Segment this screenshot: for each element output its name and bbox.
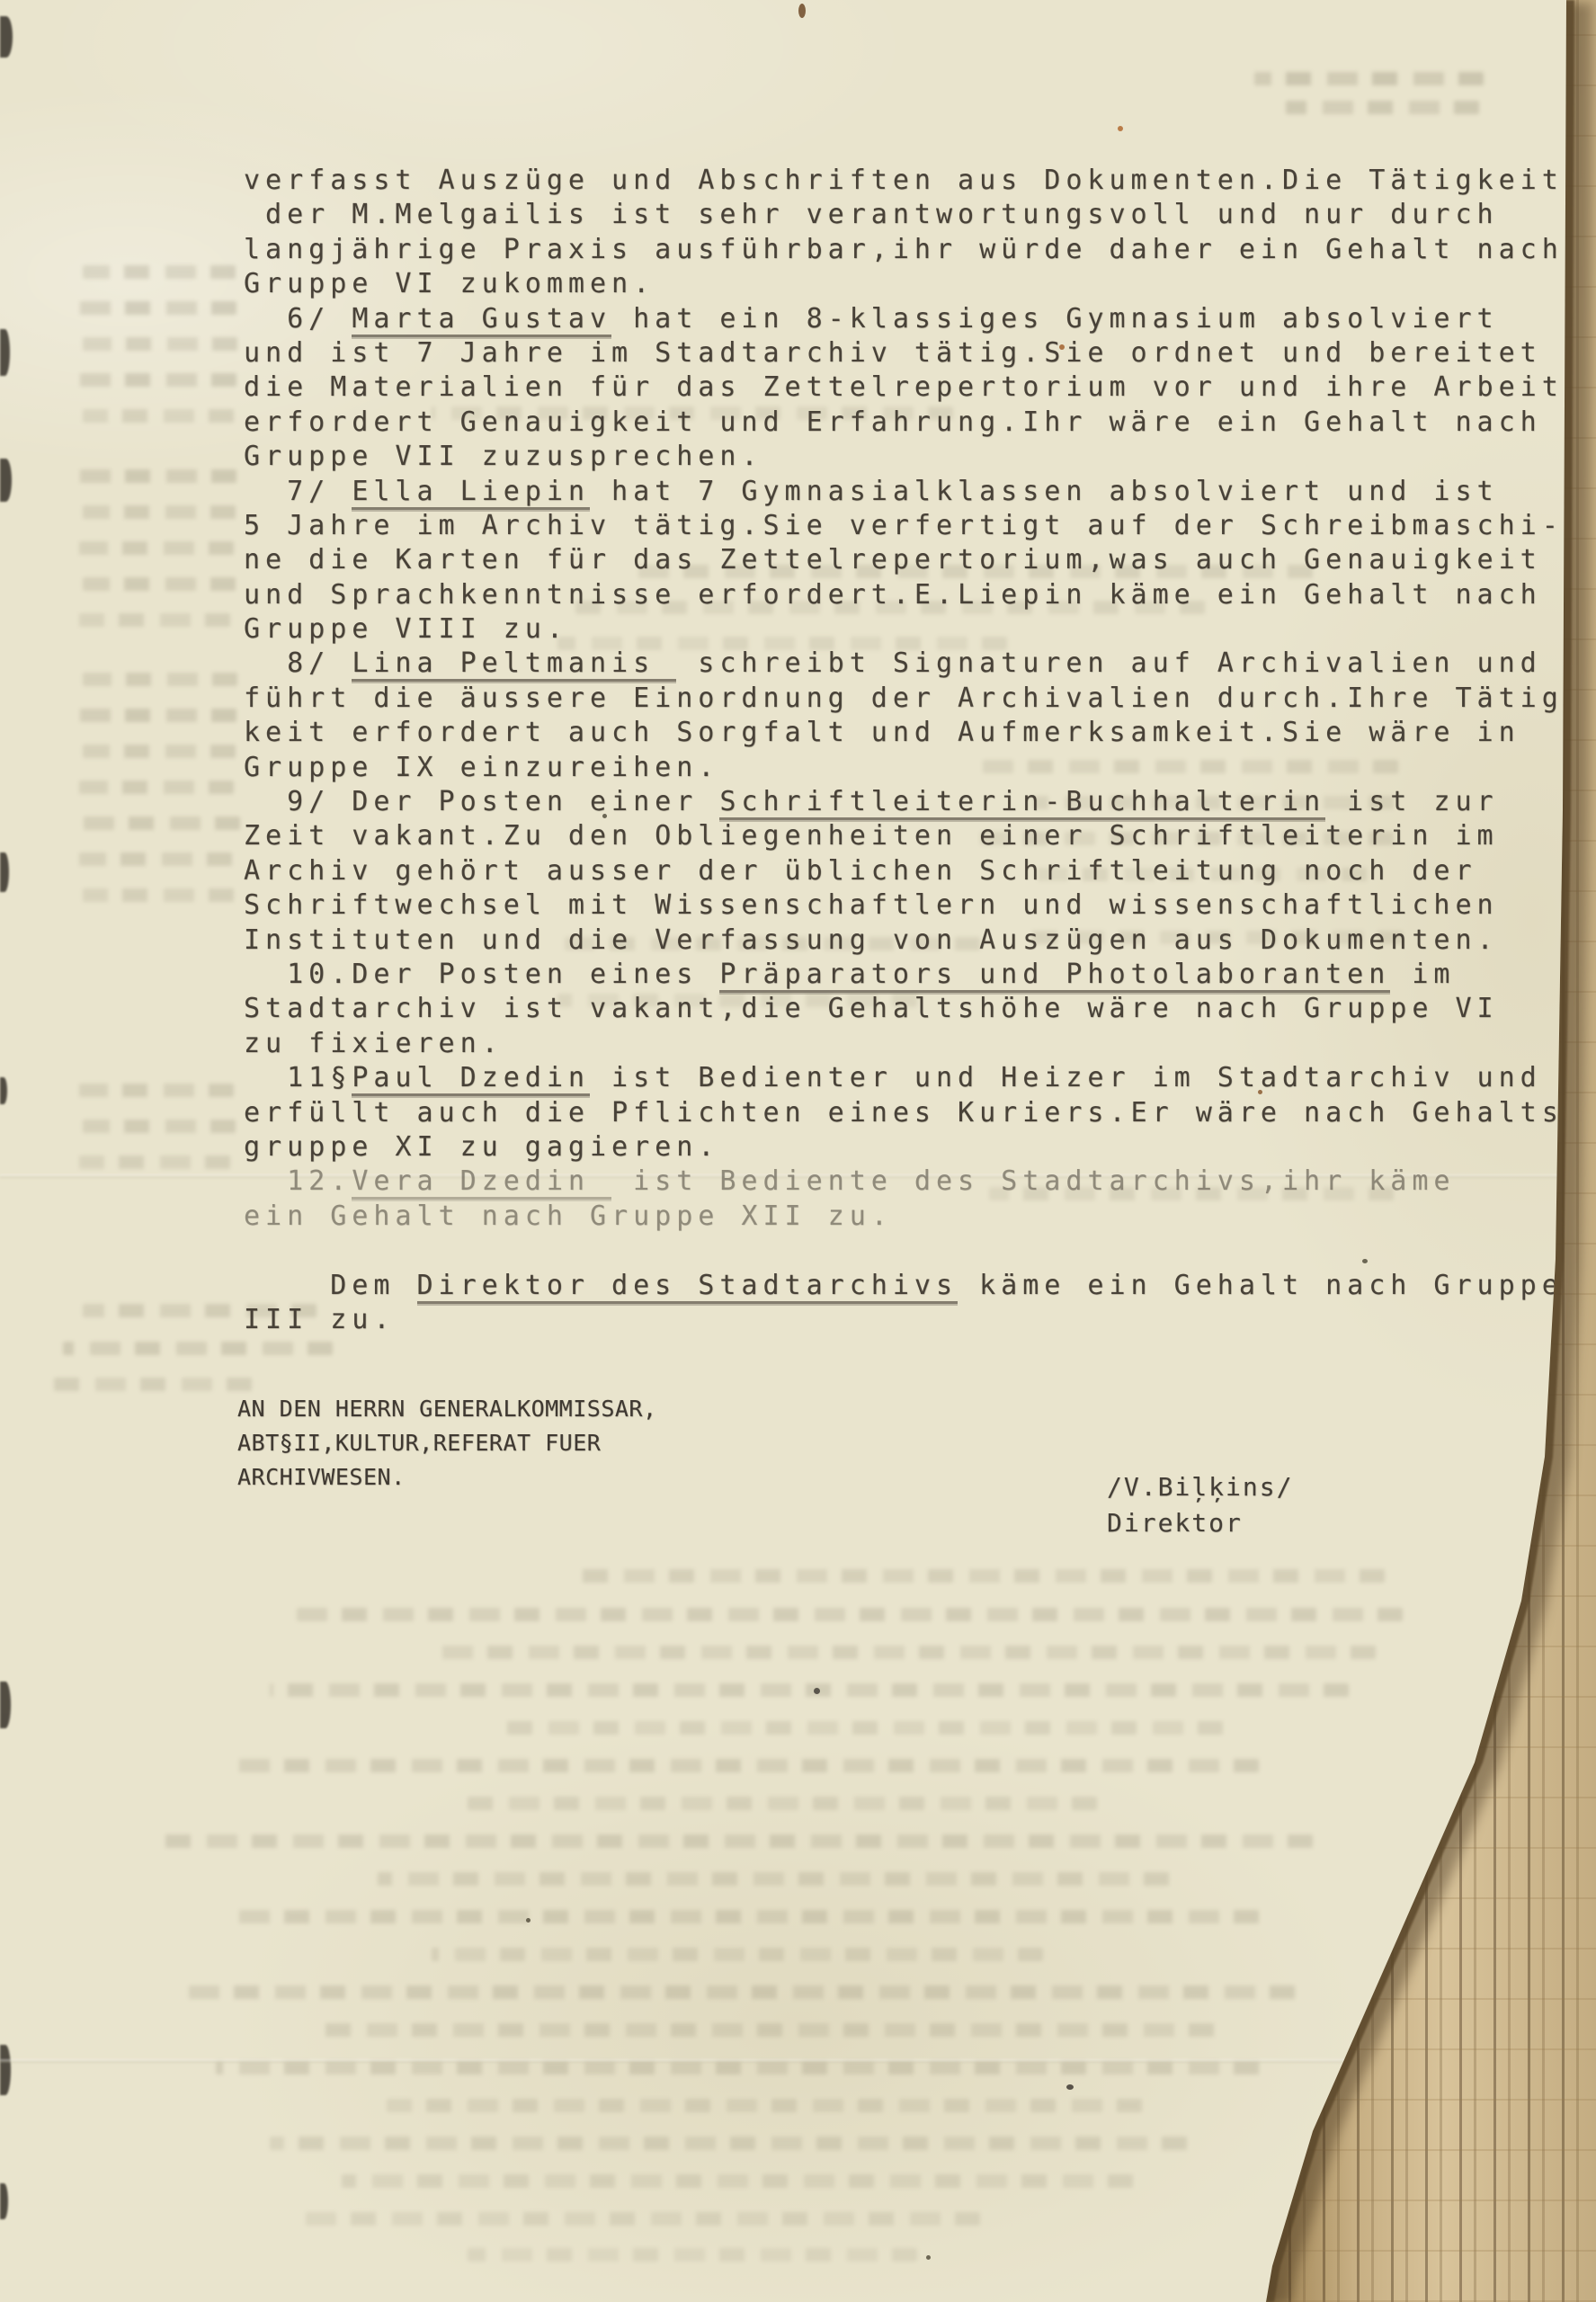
text-run: Gruppe VI zukommen. — [244, 268, 655, 299]
ghost-text-line — [216, 2061, 1259, 2074]
text-run: keit erfordert auch Sorgfalt und Aufmerk… — [244, 717, 1520, 748]
text-run: erfordert Genauigkeit und Erfahrung.Ihr … — [244, 406, 1542, 438]
text-run: 8/ — [244, 647, 352, 679]
document-line: Gruppe IX einzureihen. — [244, 751, 1596, 785]
text-run: erfüllt auch die Pflichten eines Kuriers… — [244, 1097, 1585, 1129]
text-run: 5 Jahre im Archiv tätig.Sie verfertigt a… — [244, 510, 1564, 541]
text-run: verfasst Auszüge und Abschriften aus Dok… — [244, 165, 1564, 196]
text-run: langjährige Praxis ausführbar,ihr würde … — [244, 234, 1564, 265]
text-run: 6/ — [244, 303, 352, 335]
text-run: 10.Der Posten eines — [244, 959, 719, 990]
document-line — [244, 1234, 1596, 1268]
document-line: 11§Paul Dzedin ist Bedienter und Heizer … — [244, 1061, 1596, 1095]
document-line: führt die äussere Einordnung der Archiva… — [244, 682, 1596, 716]
text-run: im — [1390, 959, 1455, 990]
text-run: Dem — [244, 1270, 417, 1301]
ghost-text-line — [270, 1683, 1349, 1697]
document-line: die Materialien für das Zettelrepertoriu… — [244, 370, 1596, 405]
address-line: ABT§II,KULTUR,REFERAT FUER — [237, 1426, 657, 1460]
signature-name: /V.Biļķins/ — [1107, 1469, 1293, 1505]
document-line: Schriftwechsel mit Wissenschaftlern und … — [244, 888, 1596, 923]
text-run: Gruppe VII zuzusprechen. — [244, 441, 762, 472]
text-run: käme ein Gehalt nach Gruppe — [958, 1270, 1564, 1301]
document-line: erfordert Genauigkeit und Erfahrung.Ihr … — [244, 406, 1596, 440]
text-run: zu fixieren. — [244, 1028, 504, 1059]
recipient-address-block: AN DEN HERRN GENERALKOMMISSAR, ABT§II,KU… — [237, 1392, 657, 1495]
ghost-text-line — [297, 2212, 980, 2226]
text-run: III zu. — [244, 1304, 395, 1335]
ghost-text-line — [83, 265, 236, 279]
ghost-text-line — [79, 541, 234, 555]
ghost-text-line — [432, 1646, 1376, 1659]
ink-speck — [798, 4, 806, 18]
ghost-text-line — [83, 337, 237, 351]
text-run: hat ein 8-klassiges Gymnasium absolviert — [611, 303, 1499, 335]
document-line: Gruppe VI zukommen. — [244, 267, 1596, 301]
page-sheet: verfasst Auszüge und Abschriften aus Dok… — [0, 0, 1596, 2302]
edge-mark — [0, 852, 9, 892]
ghost-text-line — [378, 1872, 1169, 1886]
text-run: Zeit vakant.Zu den Obliegenheiten einer … — [244, 820, 1499, 852]
document-line: langjährige Praxis ausführbar,ihr würde … — [244, 233, 1596, 267]
text-run: schreibt Signaturen auf Archivalien und — [676, 647, 1541, 679]
document-line: Gruppe VII zuzusprechen. — [244, 440, 1596, 474]
page-sheet-shadow: verfasst Auszüge und Abschriften aus Dok… — [0, 0, 1596, 2302]
ghost-text-line — [83, 745, 236, 758]
edge-mark — [0, 1077, 7, 1104]
ink-speck — [814, 1688, 820, 1694]
document-line: 9/ Der Posten einer Schriftleiterin-Buch… — [244, 785, 1596, 819]
document-line: Gruppe VIII zu. — [244, 612, 1596, 647]
edge-mark — [0, 1682, 11, 1728]
document-line: zu fixieren. — [244, 1027, 1596, 1061]
ghost-text-line — [468, 2248, 917, 2262]
ghost-text-line — [1286, 101, 1479, 114]
ghost-text-line — [83, 673, 237, 686]
document-line: 5 Jahre im Archiv tätig.Sie verfertigt a… — [244, 509, 1596, 543]
ink-speck — [1118, 126, 1123, 131]
ghost-text-line — [315, 2023, 1214, 2037]
document-page: verfasst Auszüge und Abschriften aus Dok… — [0, 0, 1596, 2302]
ghost-text-line — [79, 709, 236, 722]
text-run: Gruppe VIII zu. — [244, 613, 568, 645]
ghost-text-line — [79, 613, 230, 627]
document-line: 8/ Lina Peltmanis schreibt Signaturen au… — [244, 647, 1596, 681]
document-line: und ist 7 Jahre im Stadtarchiv tätig.Sie… — [244, 336, 1596, 370]
document-line: ein Gehalt nach Gruppe XII zu. — [244, 1200, 1596, 1234]
ghost-text-line — [79, 781, 234, 794]
text-run: 12. — [244, 1165, 352, 1197]
ghost-text-line — [54, 1378, 252, 1391]
text-run: Gruppe IX einzureihen. — [244, 752, 719, 783]
document-line: Instituten und die Verfassung von Auszüg… — [244, 923, 1596, 958]
edge-mark — [0, 2183, 8, 2219]
ghost-text-line — [79, 1084, 234, 1097]
text-run: und Sprachkenntnisse erfordert.E.Liepin … — [244, 579, 1542, 611]
text-run: ist Bediente des Stadtarchivs,ihr käme — [611, 1165, 1455, 1197]
edge-mark — [0, 2045, 11, 2095]
text-run: 9/ Der Posten einer — [244, 786, 719, 817]
ghost-text-line — [234, 1910, 1259, 1923]
underlined-text: Schriftleiterin-Buchhalterin — [719, 786, 1325, 820]
ghost-text-line — [63, 1342, 333, 1355]
document-line: Dem Direktor des Stadtarchivs käme ein G… — [244, 1269, 1596, 1303]
underlined-text: Ella Liepin — [352, 476, 590, 510]
document-line: 7/ Ella Liepin hat 7 Gymnasialklassen ab… — [244, 475, 1596, 509]
text-run: führt die äussere Einordnung der Archiva… — [244, 683, 1585, 714]
text-run: gruppe XI zu gagieren. — [244, 1131, 719, 1163]
signature-block: /V.Biļķins/ Direktor — [1107, 1469, 1293, 1541]
ghost-text-line — [297, 1608, 1403, 1621]
text-run: 7/ — [244, 476, 352, 507]
edge-mark — [0, 16, 13, 58]
underlined-text: Marta Gustav — [352, 303, 611, 337]
text-run: ist zur — [1325, 786, 1499, 817]
document-line: gruppe XI zu gagieren. — [244, 1130, 1596, 1164]
ghost-text-line — [83, 816, 240, 830]
ghost-text-line — [387, 2099, 1142, 2112]
document-line: 10.Der Posten eines Präparators und Phot… — [244, 958, 1596, 992]
document-line: 12.Vera Dzedin ist Bediente des Stadtarc… — [244, 1164, 1596, 1199]
ghost-text-line — [342, 2174, 1133, 2188]
ghost-text-line — [83, 1120, 236, 1133]
ghost-text-line — [270, 2137, 1187, 2150]
edge-mark — [0, 329, 10, 376]
ink-speck — [1066, 2084, 1074, 2090]
ghost-text-line — [162, 1834, 1313, 1848]
edge-mark — [0, 459, 12, 502]
address-line: ARCHIVWESEN. — [237, 1460, 657, 1495]
ghost-text-line — [79, 852, 232, 866]
document-line: der M.Melgailis ist sehr verantwortungsv… — [244, 198, 1596, 232]
ghost-text-line — [575, 1569, 1385, 1583]
ghost-text-line — [432, 1948, 1043, 1961]
ghost-text-line — [83, 505, 236, 519]
text-run: Archiv gehört ausser der üblichen Schrif… — [244, 855, 1477, 887]
document-line: und Sprachkenntnisse erfordert.E.Liepin … — [244, 578, 1596, 612]
underlined-text: Lina Peltmanis — [352, 647, 676, 682]
text-run: die Materialien für das Zettelrepertoriu… — [244, 371, 1564, 403]
typewritten-body: verfasst Auszüge und Abschriften aus Dok… — [244, 164, 1596, 1337]
text-run: 11§ — [244, 1062, 352, 1093]
document-line: ne die Karten für das Zettelrepertorium,… — [244, 543, 1596, 577]
text-run: Stadtarchiv ist vakant,die Gehaltshöhe w… — [244, 993, 1499, 1024]
ink-speck — [526, 1918, 531, 1923]
document-line: verfasst Auszüge und Abschriften aus Dok… — [244, 164, 1596, 198]
ghost-text-line — [1254, 72, 1484, 85]
document-line: erfüllt auch die Pflichten eines Kuriers… — [244, 1096, 1596, 1130]
text-run: der M.Melgailis ist sehr verantwortungsv… — [244, 199, 1499, 230]
ghost-text-line — [83, 577, 236, 591]
document-line: Archiv gehört ausser der üblichen Schrif… — [244, 854, 1596, 888]
document-line: III zu. — [244, 1303, 1596, 1337]
ghost-text-line — [504, 1721, 1223, 1735]
address-line: AN DEN HERRN GENERALKOMMISSAR, — [237, 1392, 657, 1426]
text-run: ist Bedienter und Heizer im Stadtarchiv … — [590, 1062, 1542, 1093]
underlined-text: Vera Dzedin — [352, 1165, 611, 1200]
text-run: und ist 7 Jahre im Stadtarchiv tätig.Sie… — [244, 337, 1542, 369]
document-line: Stadtarchiv ist vakant,die Gehaltshöhe w… — [244, 992, 1596, 1026]
underlined-text: Paul Dzedin — [352, 1062, 590, 1096]
text-run: ne die Karten für das Zettelrepertorium,… — [244, 544, 1542, 575]
text-run: ein Gehalt nach Gruppe XII zu. — [244, 1200, 893, 1232]
underlined-text: Präparators und Photolaboranten — [719, 959, 1390, 993]
ghost-text-line — [79, 469, 236, 483]
ghost-text-line — [79, 301, 236, 315]
ghost-text-line — [83, 409, 234, 423]
ghost-text-line — [468, 1797, 1097, 1810]
document-line: keit erfordert auch Sorgfalt und Aufmerk… — [244, 716, 1596, 750]
document-line: Zeit vakant.Zu den Obliegenheiten einer … — [244, 819, 1596, 853]
underlined-text: Direktor des Stadtarchivs — [417, 1270, 958, 1304]
ink-speck — [926, 2255, 931, 2260]
ghost-text-line — [225, 1759, 1259, 1772]
text-run: Instituten und die Verfassung von Auszüg… — [244, 924, 1499, 956]
ghost-text-line — [83, 888, 234, 902]
ghost-text-line — [180, 1985, 1295, 1999]
ghost-text-line — [79, 373, 236, 387]
text-run: Schriftwechsel mit Wissenschaftlern und … — [244, 889, 1499, 921]
signature-title: Direktor — [1107, 1505, 1293, 1541]
text-run: hat 7 Gymnasialklassen absolviert und is… — [590, 476, 1499, 507]
ghost-text-line — [79, 1155, 230, 1169]
document-line: 6/ Marta Gustav hat ein 8-klassiges Gymn… — [244, 302, 1596, 336]
paper-crease — [0, 2059, 1596, 2063]
